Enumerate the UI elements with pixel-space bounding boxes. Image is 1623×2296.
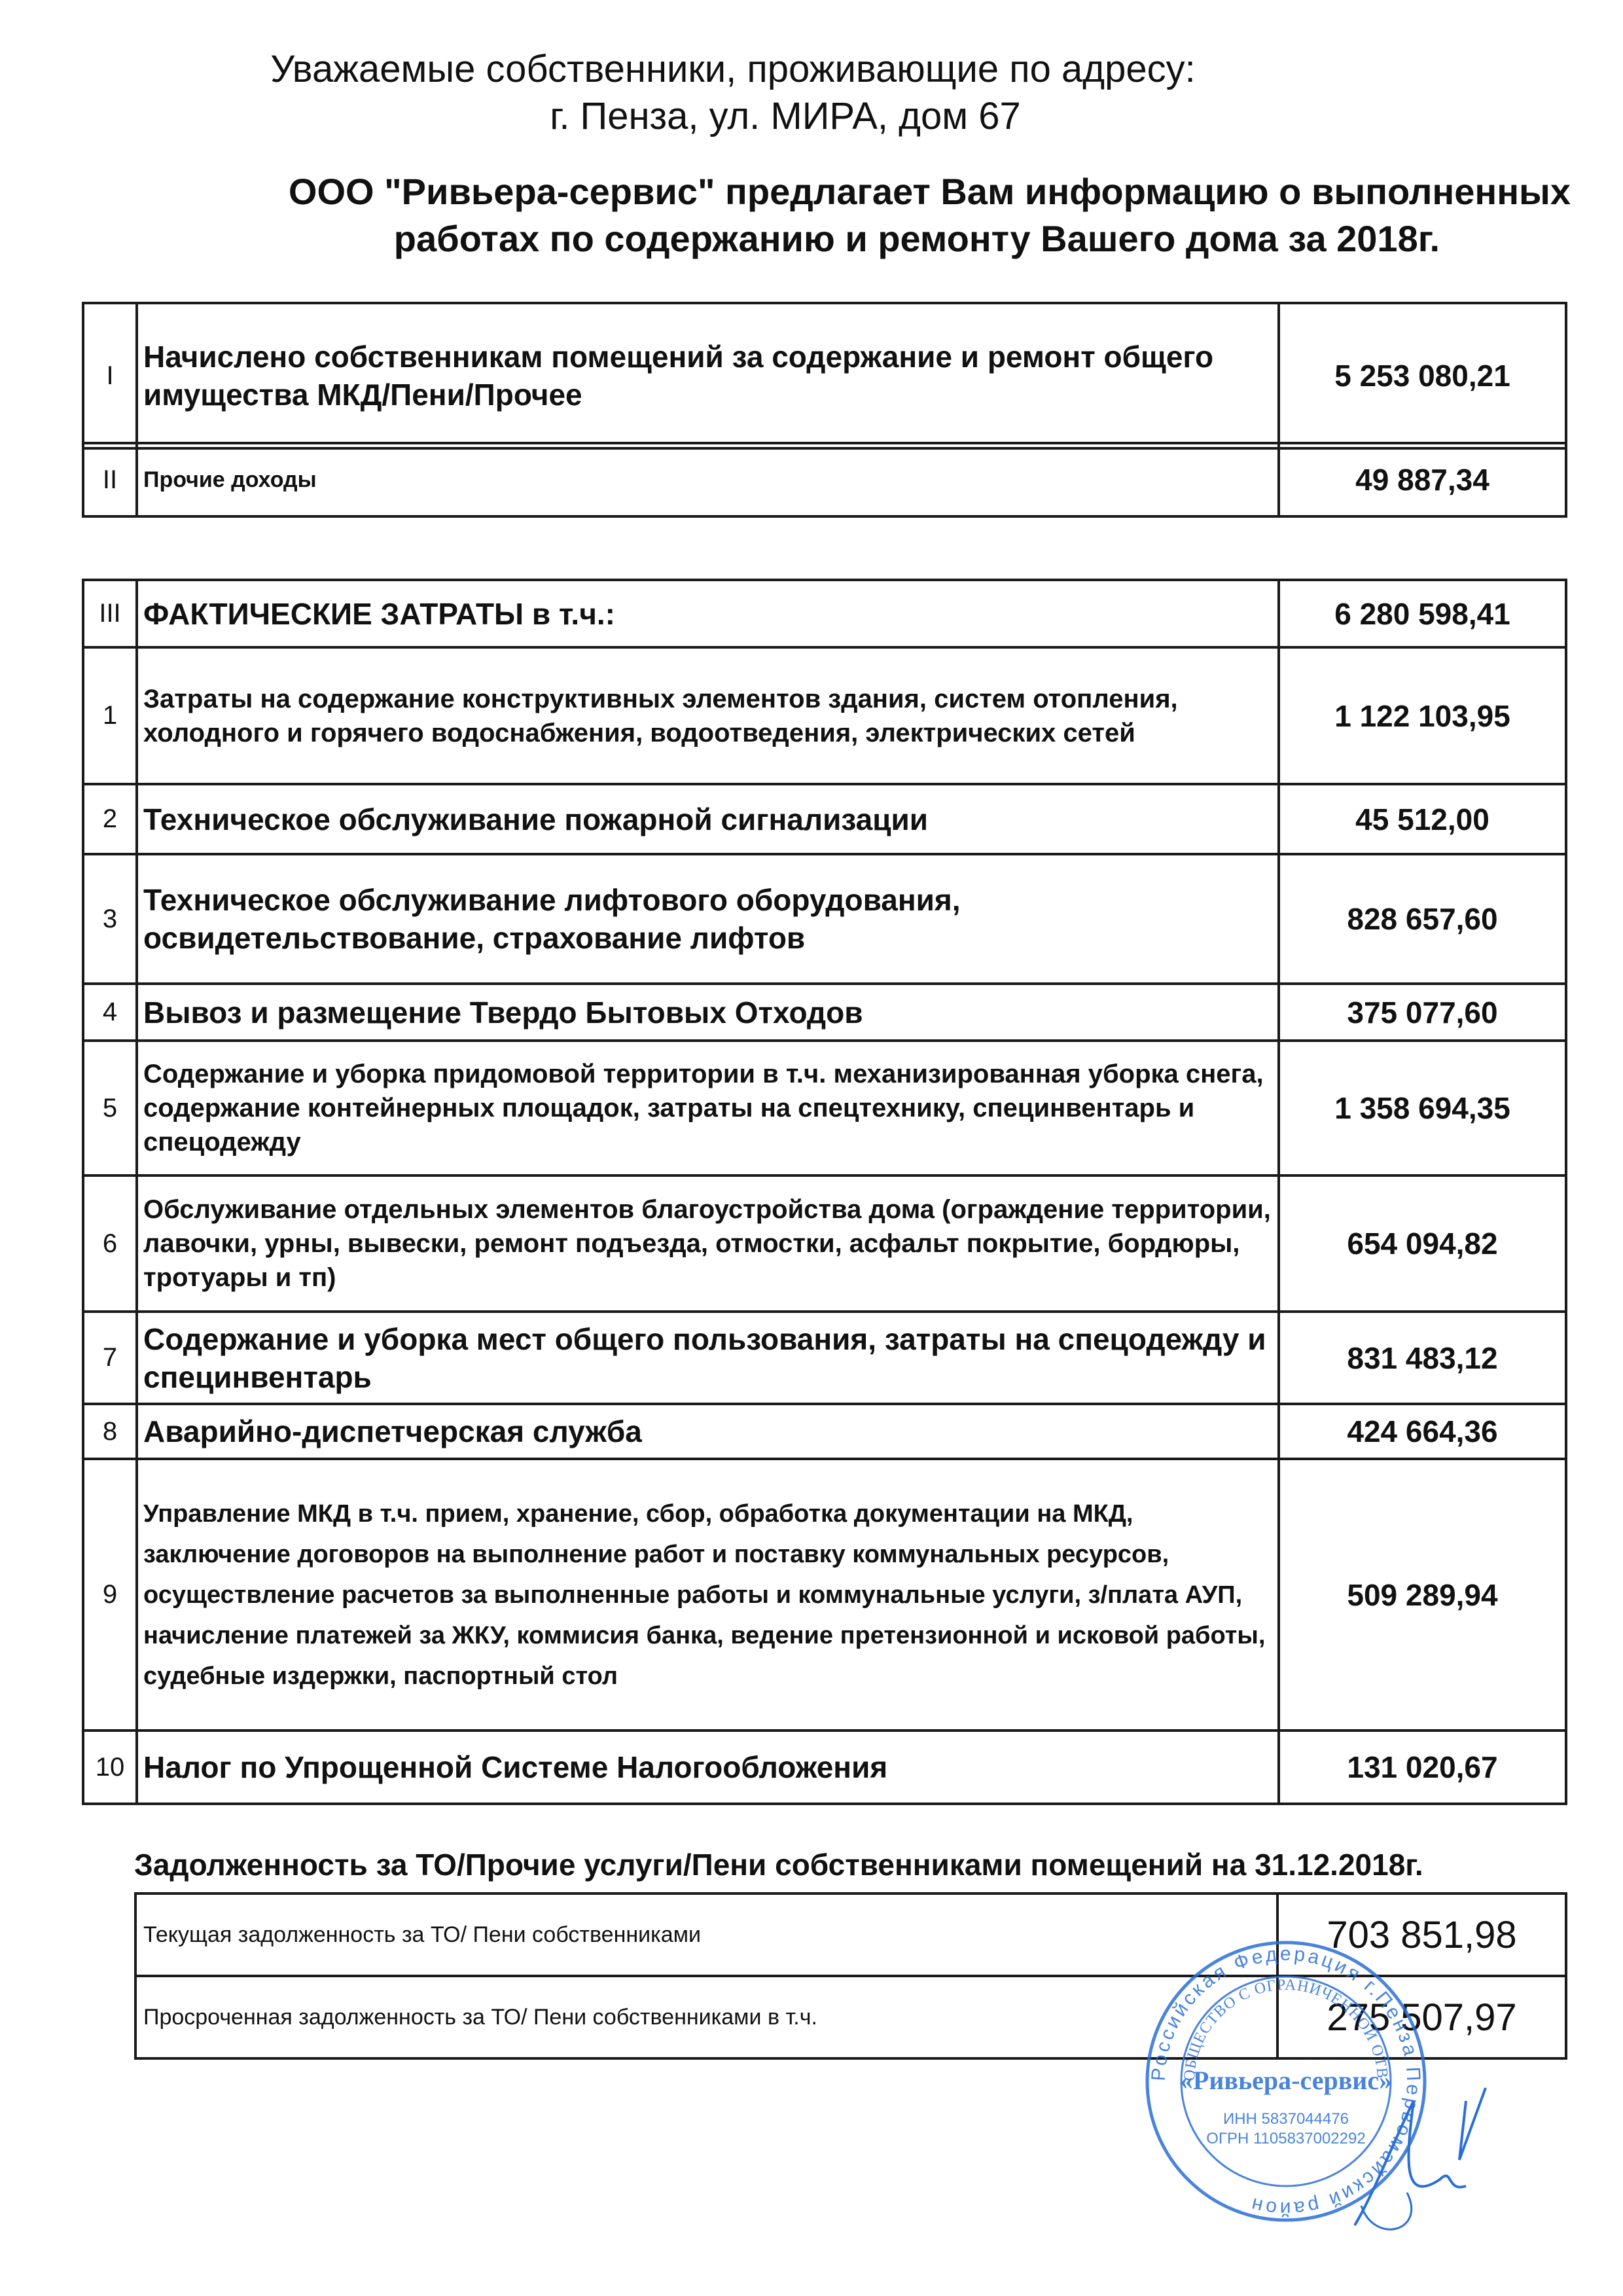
- row-label: Аварийно-диспетчерская служба: [137, 1404, 1279, 1459]
- row-number: 1: [83, 647, 137, 784]
- row-value: 5 253 080,21: [1279, 303, 1566, 448]
- row-label: Содержание и уборка мест общего пользова…: [137, 1312, 1279, 1404]
- row-number: III: [83, 580, 137, 647]
- table-row: 10 Налог по Упрощенной Системе Налогообл…: [83, 1731, 1566, 1804]
- row-number: 8: [83, 1404, 137, 1459]
- row-number: I: [83, 303, 137, 448]
- row-value: 131 020,67: [1279, 1731, 1566, 1804]
- row-label: Налог по Упрощенной Системе Налогообложе…: [137, 1731, 1279, 1804]
- table-row: 3 Техническое обслуживание лифтового обо…: [83, 854, 1566, 984]
- row-value: 1 122 103,95: [1279, 647, 1566, 784]
- address-line: г. Пенза, ул. МИРА, дом 67: [0, 93, 1597, 140]
- table-row: 8 Аварийно-диспетчерская служба 424 664,…: [83, 1404, 1566, 1459]
- section-ii-table: II Прочие доходы 49 887,34: [82, 442, 1567, 518]
- table-row: 6 Обслуживание отдельных элементов благо…: [83, 1175, 1566, 1312]
- row-label: Техническое обслуживание пожарной сигнал…: [137, 784, 1279, 854]
- greeting-line-1: Уважаемые собственники, проживающие по а…: [0, 46, 1544, 93]
- section-iii-header-row: III ФАКТИЧЕСКИЕ ЗАТРАТЫ в т.ч.: 6 280 59…: [83, 580, 1566, 647]
- row-label: Прочие доходы: [137, 443, 1279, 516]
- row-value: 49 887,34: [1279, 443, 1566, 516]
- row-number: 4: [83, 984, 137, 1041]
- table-row: 5 Содержание и уборка придомовой террито…: [83, 1041, 1566, 1175]
- row-label: Содержание и уборка придомовой территори…: [137, 1041, 1279, 1175]
- row-number: 5: [83, 1041, 137, 1175]
- row-label: Обслуживание отдельных элементов благоус…: [137, 1175, 1279, 1312]
- debt-label: Просроченная задолженность за ТО/ Пени с…: [135, 1976, 1277, 2058]
- table-row: 9 Управление МКД в т.ч. прием, хранение,…: [83, 1459, 1566, 1731]
- row-number: 7: [83, 1312, 137, 1404]
- section-i-row: I Начислено собственникам помещений за с…: [83, 303, 1566, 448]
- row-value: 375 077,60: [1279, 984, 1566, 1041]
- stamp-inn: ИНН 5837044476: [1223, 2110, 1349, 2128]
- table-row: 1 Затраты на содержание конструктивных э…: [83, 647, 1566, 784]
- row-number: 9: [83, 1459, 137, 1731]
- table-row: 4 Вывоз и размещение Твердо Бытовых Отхо…: [83, 984, 1566, 1041]
- row-number: 6: [83, 1175, 137, 1312]
- section-i-table: I Начислено собственникам помещений за с…: [82, 302, 1567, 450]
- row-value: 831 483,12: [1279, 1312, 1566, 1404]
- row-number: 10: [83, 1731, 137, 1804]
- section-iii-table: III ФАКТИЧЕСКИЕ ЗАТРАТЫ в т.ч.: 6 280 59…: [82, 579, 1567, 1805]
- row-label: Затраты на содержание конструктивных эле…: [137, 647, 1279, 784]
- row-value: 1 358 694,35: [1279, 1041, 1566, 1175]
- row-value: 424 664,36: [1279, 1404, 1566, 1459]
- document-title-line-1: ООО "Ривьера-сервис" предлагает Вам инфо…: [105, 169, 1571, 215]
- table-row: 2 Техническое обслуживание пожарной сигн…: [83, 784, 1566, 854]
- table-row: 7 Содержание и уборка мест общего пользо…: [83, 1312, 1566, 1404]
- row-label: Управление МКД в т.ч. прием, хранение, с…: [137, 1459, 1279, 1731]
- row-label: Техническое обслуживание лифтового обору…: [137, 854, 1279, 984]
- section-ii-row: II Прочие доходы 49 887,34: [83, 443, 1566, 516]
- row-number: 3: [83, 854, 137, 984]
- row-number: 2: [83, 784, 137, 854]
- row-value: 828 657,60: [1279, 854, 1566, 984]
- row-value: 654 094,82: [1279, 1175, 1566, 1312]
- signature: [1335, 2062, 1531, 2258]
- row-number: II: [83, 443, 137, 516]
- row-value: 6 280 598,41: [1279, 580, 1566, 647]
- debt-heading: Задолженность за ТО/Прочие услуги/Пени с…: [134, 1847, 1423, 1882]
- document-title-line-2: работах по содержанию и ремонту Вашего д…: [0, 216, 1440, 262]
- row-value: 45 512,00: [1279, 784, 1566, 854]
- row-label: Вывоз и размещение Твердо Бытовых Отходо…: [137, 984, 1279, 1041]
- debt-label: Текущая задолженность за ТО/ Пени собств…: [135, 1893, 1277, 1976]
- row-value: 509 289,94: [1279, 1459, 1566, 1731]
- row-label: ФАКТИЧЕСКИЕ ЗАТРАТЫ в т.ч.:: [137, 580, 1279, 647]
- row-label: Начислено собственникам помещений за сод…: [137, 303, 1279, 448]
